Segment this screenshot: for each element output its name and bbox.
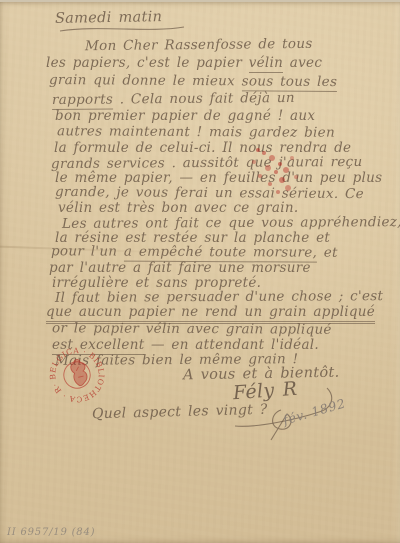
stamp-ink-offset-blot bbox=[256, 148, 260, 152]
letter-line: que aucun papier ne rend un grain appliq… bbox=[46, 304, 375, 320]
dateline-underline-flourish bbox=[58, 24, 186, 34]
letter-line: rapports . Cela nous fait déjà un bbox=[52, 90, 295, 108]
letter-line: autres maintenant ! mais gardez bien bbox=[57, 123, 335, 140]
letter-line: les papiers, c'est le papier vélin avec bbox=[46, 55, 322, 71]
letter-sheet: Samedi matin Mon Cher Rassenfosse de tou… bbox=[0, 2, 400, 543]
letter-line: vélin est très bon avec ce grain. bbox=[58, 200, 298, 216]
letter-line: bon premier papier de gagné ! aux bbox=[55, 108, 315, 124]
letter-line: grain qui donne le mieux sous tous les bbox=[49, 72, 337, 90]
letter-line: pour l'un a empêché toute morsure, et bbox=[51, 243, 338, 261]
letter-line: or le papier vélin avec grain appliqué bbox=[52, 320, 332, 337]
catalog-number: II 6957/19 (84) bbox=[7, 527, 95, 538]
letter-line: par l'autre a fait faire une morsure bbox=[49, 260, 311, 276]
letter-line: Mon Cher Rassenfosse de tous bbox=[85, 36, 313, 54]
